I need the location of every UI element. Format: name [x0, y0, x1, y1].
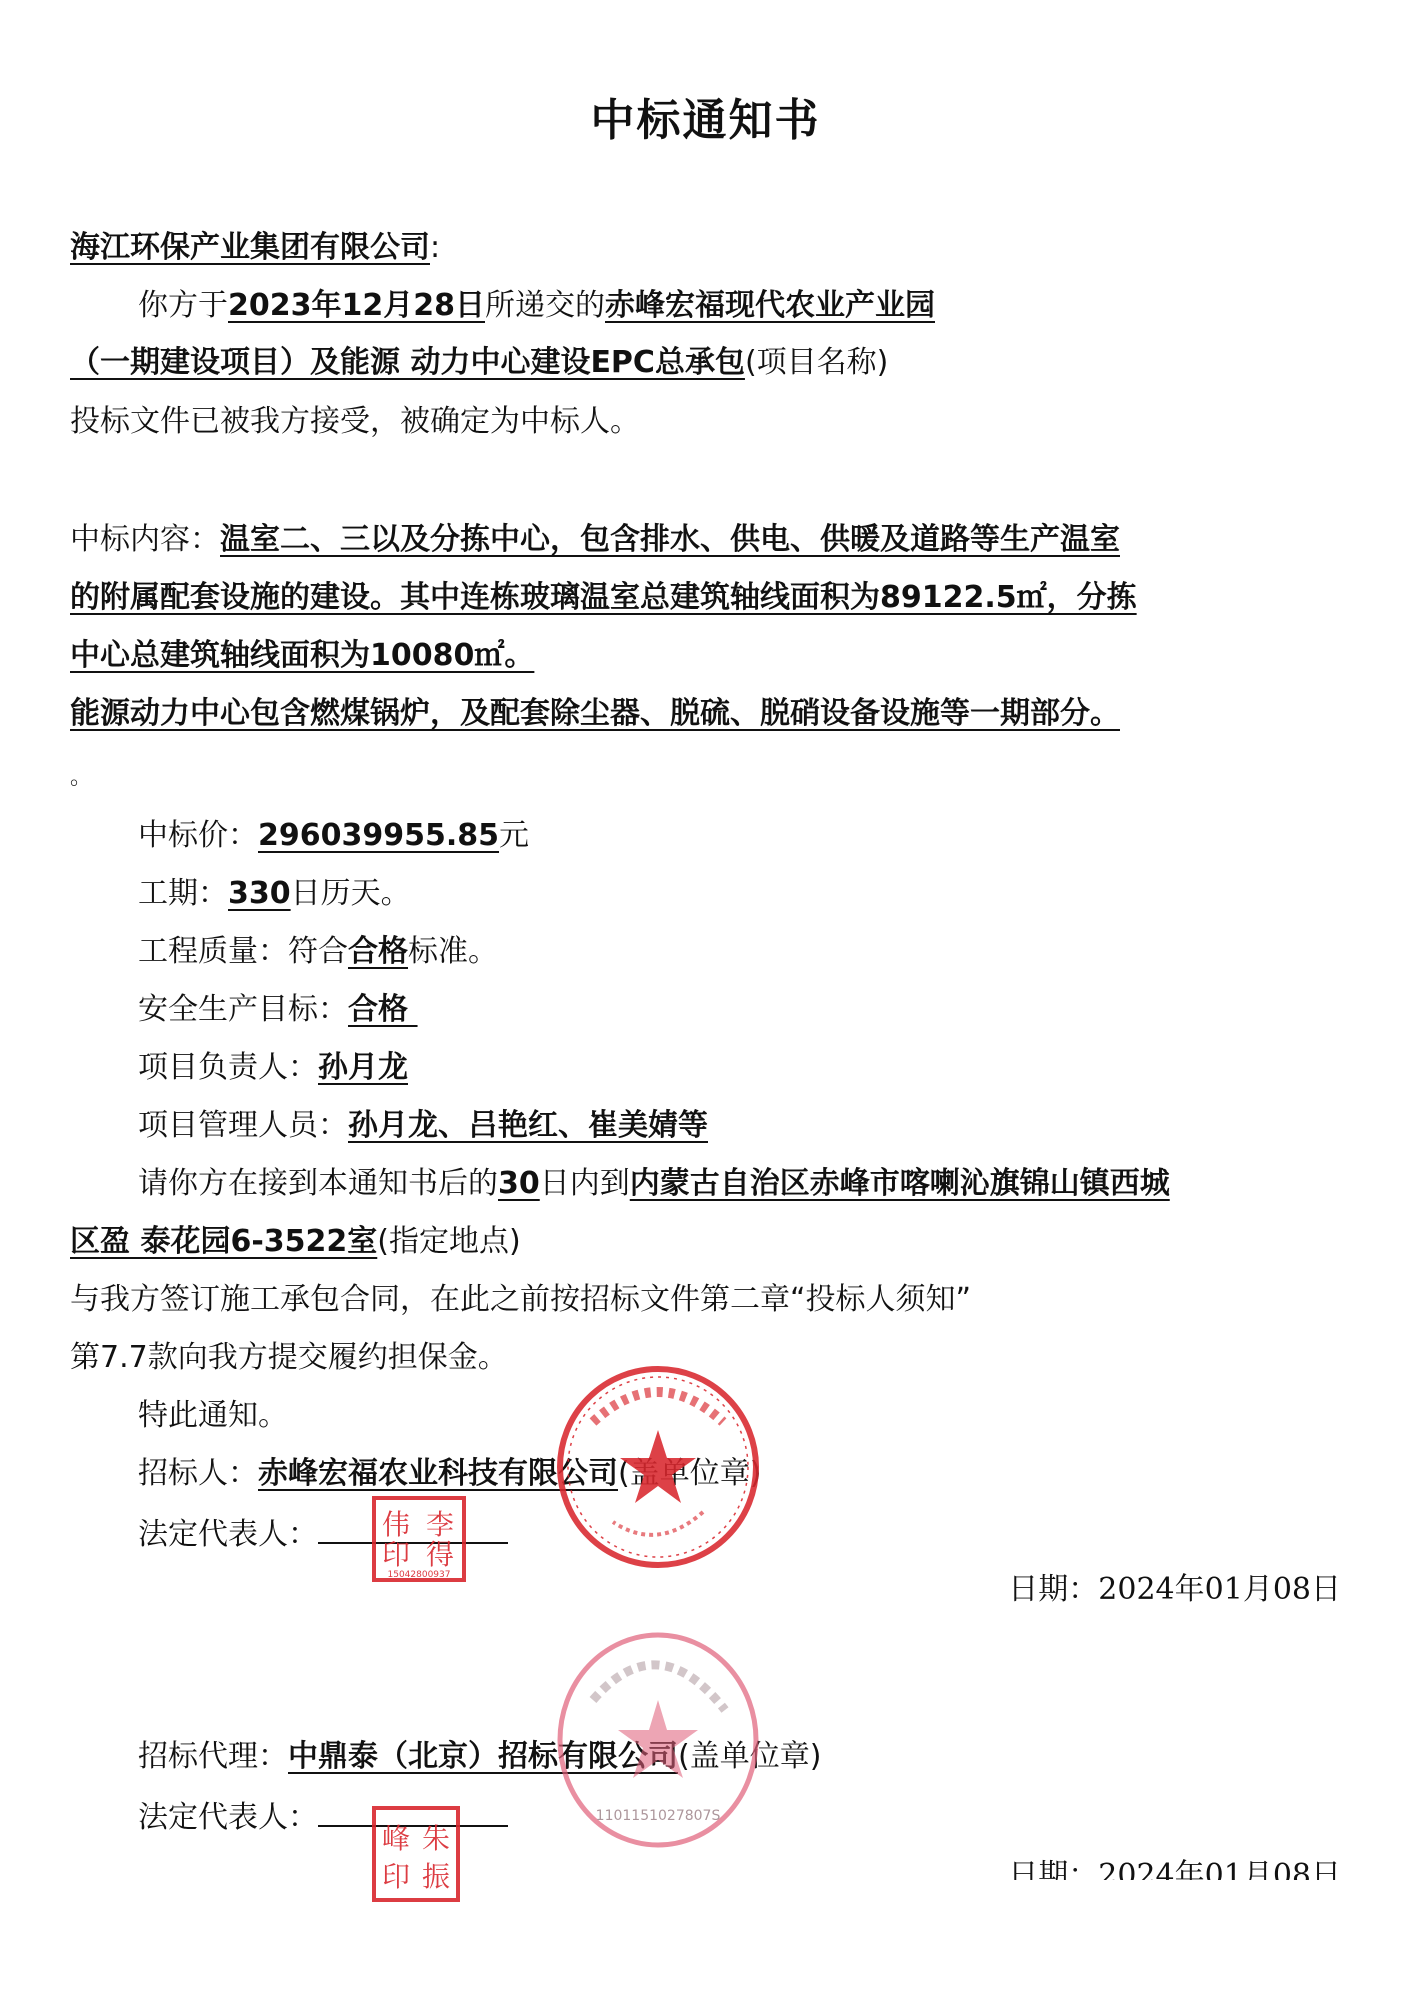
instruction-line-3: 与我方签订施工承包合同，在此之前按招标文件第二章“投标人须知”	[70, 1280, 971, 1320]
quality-line: 工程质量：符合合格标准。	[138, 932, 498, 972]
intro-line-2: （一期建设项目）及能源 动力中心建设EPC总承包(项目名称)	[70, 343, 888, 383]
quality-value: 合格	[348, 934, 408, 969]
tenderer-name: 赤峰宏福农业科技有限公司	[258, 1456, 618, 1491]
intro-mid: 所递交的	[485, 288, 605, 323]
intro-prefix: 你方于	[138, 288, 228, 323]
safety-line: 安全生产目标：合格	[138, 990, 418, 1030]
safety-value: 合格	[348, 992, 408, 1027]
agent-name: 中鼎泰（北京）招标有限公司	[288, 1739, 678, 1774]
content-text-2: 的附属配套设施的建设。其中连栋玻璃温室总建筑轴线面积为89122.5㎡，分拣	[70, 580, 1137, 615]
price-line: 中标价：296039955.85元	[138, 816, 529, 856]
tenderer-rep-line: 法定代表人：	[138, 1512, 508, 1555]
period-label: 工期：	[138, 876, 228, 911]
project-name-suffix: (项目名称)	[745, 345, 888, 380]
content-line-2: 的附属配套设施的建设。其中连栋玻璃温室总建筑轴线面积为89122.5㎡，分拣	[70, 578, 1137, 618]
tenderer-rep-label: 法定代表人：	[138, 1517, 318, 1552]
quality-suffix: 标准。	[408, 934, 498, 969]
location-suffix: (指定地点)	[377, 1224, 520, 1259]
tenderer-date: 日期：2024年01月08日	[1008, 1570, 1341, 1610]
tenderer-signature-line	[318, 1512, 508, 1544]
stray-mark: 。	[70, 758, 92, 798]
content-line-1: 中标内容：温室二、三以及分拣中心，包含排水、供电、供暖及道路等生产温室	[70, 520, 1120, 560]
agent-rep-label: 法定代表人：	[138, 1800, 318, 1835]
staff-value: 孙月龙、吕艳红、崔美婧等	[348, 1108, 708, 1143]
submission-date: 2023年12月28日	[228, 288, 485, 323]
svg-text:1101151027807S: 1101151027807S	[596, 1808, 721, 1824]
agent-line: 招标代理：中鼎泰（北京）招标有限公司(盖单位章)	[138, 1737, 821, 1777]
content-line-4: 能源动力中心包含燃煤锅炉，及配套除尘器、脱硫、脱硝设备设施等一期部分。	[70, 694, 1120, 734]
intro-line-1: 你方于2023年12月28日所递交的赤峰宏福现代农业产业园	[138, 286, 935, 326]
project-name-line-2: （一期建设项目）及能源 动力中心建设EPC总承包	[70, 345, 745, 380]
quality-label: 工程质量：符合	[138, 934, 348, 969]
instruction-days: 30	[498, 1166, 540, 1201]
notice-page: 中标通知书 海江环保产业集团有限公司: 你方于2023年12月28日所递交的赤峰…	[0, 0, 1411, 1995]
tenderer-label: 招标人：	[138, 1456, 258, 1491]
period-value: 330	[228, 876, 291, 911]
instruction-line-2: 区盈 泰花园6-3522室(指定地点)	[70, 1222, 521, 1262]
agent-date: 日期：2024年01月08日	[1008, 1856, 1341, 1880]
content-line-3: 中心总建筑轴线面积为10080㎡。	[70, 636, 534, 676]
agent-rep-line: 法定代表人：	[138, 1795, 508, 1838]
addressee-name: 海江环保产业集团有限公司	[70, 230, 430, 265]
intro-accepted: 投标文件已被我方接受，被确定为中标人。	[70, 402, 640, 442]
addressee-colon: :	[430, 230, 440, 265]
agent-label: 招标代理：	[138, 1739, 288, 1774]
svg-text:15042800937: 15042800937	[388, 1570, 451, 1580]
tenderer-line: 招标人：赤峰宏福农业科技有限公司(盖单位章)	[138, 1454, 761, 1494]
agent-signature-line	[318, 1795, 508, 1827]
staff-label: 项目管理人员：	[138, 1108, 348, 1143]
content-text-3: 中心总建筑轴线面积为10080㎡。	[70, 638, 534, 673]
location-line-2: 区盈 泰花园6-3522室	[70, 1224, 377, 1259]
page-title: 中标通知书	[0, 84, 1411, 148]
instruction-line-4: 第7.7款向我方提交履约担保金。	[70, 1338, 508, 1378]
manager-label: 项目负责人：	[138, 1050, 318, 1085]
content-text-1: 温室二、三以及分拣中心，包含排水、供电、供暖及道路等生产温室	[220, 522, 1120, 557]
price-label: 中标价：	[138, 818, 258, 853]
svg-text:振: 振	[422, 1860, 450, 1893]
agent-seal-note: (盖单位章)	[678, 1739, 821, 1774]
agent-date-clip: 日期：2024年01月08日	[991, 1850, 1351, 1880]
addressee-line: 海江环保产业集团有限公司:	[70, 228, 440, 268]
price-unit: 元	[499, 818, 529, 853]
instruction-prefix: 请你方在接到本通知书后的	[138, 1166, 498, 1201]
location-line-1: 内蒙古自治区赤峰市喀喇沁旗锦山镇西城	[630, 1166, 1170, 1201]
instruction-mid: 日内到	[540, 1166, 630, 1201]
content-label: 中标内容：	[70, 522, 220, 557]
safety-label: 安全生产目标：	[138, 992, 348, 1027]
instruction-line-1: 请你方在接到本通知书后的30日内到内蒙古自治区赤峰市喀喇沁旗锦山镇西城	[138, 1164, 1170, 1204]
manager-line: 项目负责人：孙月龙	[138, 1048, 408, 1088]
period-line: 工期：330日历天。	[138, 874, 411, 914]
tenderer-seal-note: (盖单位章)	[618, 1456, 761, 1491]
period-unit: 日历天。	[291, 876, 411, 911]
closing-text: 特此通知。	[138, 1396, 288, 1436]
project-name-line-1: 赤峰宏福现代农业产业园	[605, 288, 935, 323]
content-text-4: 能源动力中心包含燃煤锅炉，及配套除尘器、脱硫、脱硝设备设施等一期部分。	[70, 696, 1120, 731]
staff-line: 项目管理人员：孙月龙、吕艳红、崔美婧等	[138, 1106, 708, 1146]
price-value: 296039955.85	[258, 818, 499, 853]
svg-text:印: 印	[382, 1860, 410, 1893]
manager-value: 孙月龙	[318, 1050, 408, 1085]
